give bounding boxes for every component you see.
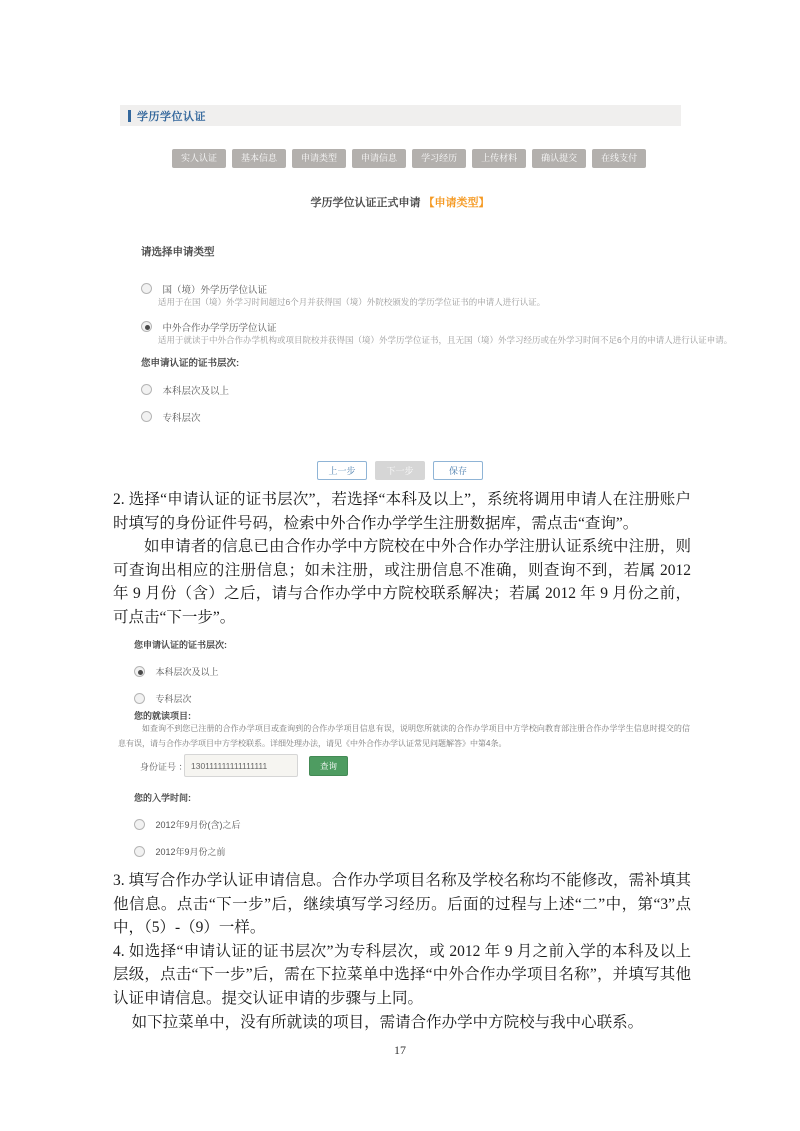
paragraph-4-part1: 4. 如选择“申请认证的证书层次”为专科层次，或 2012 年 9 月之前入学的… [113,940,691,1011]
radio-icon[interactable] [134,819,145,830]
s2-cert-level-heading: 您申请认证的证书层次: [134,638,227,651]
s2-enroll-time-heading: 您的入学时间: [134,791,191,804]
paragraph-2-part1: 2. 选择“申请认证的证书层次”，若选择“本科及以上”，系统将调用申请人在注册账… [113,488,691,535]
id-number-input[interactable] [184,754,298,777]
s2-radio-enroll-after-2012[interactable]: 2012年9月份(含)之后 [134,816,240,834]
paragraph-4-part2: 如下拉菜单中，没有所就读的项目，需请合作办学中方院校与我中心联系。 [113,1011,691,1035]
s2-project-note: 如查询不到您已注册的合作办学项目或查询到的合作办学项目信息有误，说明您所就读的合… [118,721,690,751]
radio-option-joint-program-desc: 适用于就读于中外合作办学机构或项目院校并获得国（境）外学历学位证书，且无国（境）… [158,334,732,346]
radio-icon[interactable] [141,411,152,422]
header-accent-bar [128,110,131,122]
module-title: 学历学位认证 [137,108,206,124]
radio-option-overseas-desc: 适用于在国（境）外学习时间超过6个月并获得国（境）外院校颁发的学历学位证书的申请… [158,296,545,308]
s2-radio-level-associate[interactable]: 专科层次 [134,690,191,708]
paragraph-2-part2: 如申请者的信息已由合作办学中方院校在中外合作办学注册认证系统中注册，则可查询出相… [113,535,691,629]
tab-application-type[interactable]: 申请类型 [292,149,346,168]
page-number: 17 [0,1043,800,1058]
tab-basic-info[interactable]: 基本信息 [232,149,286,168]
form-title: 学历学位认证正式申请 【申请类型】 [0,194,800,210]
tab-confirm-submit[interactable]: 确认提交 [532,149,586,168]
save-button[interactable]: 保存 [433,461,483,480]
select-type-heading: 请选择申请类型 [141,244,215,259]
id-number-label: 身份证号 ： [140,760,188,773]
form-button-row: 上一步 下一步 保存 [0,461,800,480]
radio-level-bachelor[interactable]: 本科层次及以上 [141,381,229,399]
tab-real-person-auth[interactable]: 实人认证 [172,149,226,168]
form-title-main: 学历学位认证正式申请 [310,197,420,209]
s2-radio-level-bachelor[interactable]: 本科层次及以上 [134,663,218,681]
paragraph-3-4: 3. 填写合作办学认证申请信息。合作办学项目名称及学校名称均不能修改，需补填其他… [113,869,691,1034]
tab-online-payment[interactable]: 在线支付 [592,149,646,168]
tab-upload-materials[interactable]: 上传材料 [472,149,526,168]
radio-icon[interactable] [141,283,152,294]
form-title-step-highlight: 【申请类型】 [424,197,490,209]
module-header-bar: 学历学位认证 [120,105,681,126]
cert-level-heading: 您申请认证的证书层次: [141,355,239,369]
paragraph-2: 2. 选择“申请认证的证书层次”，若选择“本科及以上”，系统将调用申请人在注册账… [113,488,691,630]
tab-application-info[interactable]: 申请信息 [352,149,406,168]
next-step-button[interactable]: 下一步 [375,461,425,480]
step-tabs: 实人认证 基本信息 申请类型 申请信息 学习经历 上传材料 确认提交 在线支付 [172,149,646,168]
radio-icon[interactable] [134,693,145,704]
prev-step-button[interactable]: 上一步 [317,461,367,480]
s2-radio-enroll-before-2012[interactable]: 2012年9月份之前 [134,843,225,861]
paragraph-3: 3. 填写合作办学认证申请信息。合作办学项目名称及学校名称均不能修改，需补填其他… [113,869,691,940]
radio-icon-selected[interactable] [134,666,145,677]
radio-icon-selected[interactable] [141,321,152,332]
radio-level-associate[interactable]: 专科层次 [141,408,200,426]
query-button[interactable]: 查询 [309,756,348,776]
radio-icon[interactable] [141,384,152,395]
radio-icon[interactable] [134,846,145,857]
tab-study-experience[interactable]: 学习经历 [412,149,466,168]
